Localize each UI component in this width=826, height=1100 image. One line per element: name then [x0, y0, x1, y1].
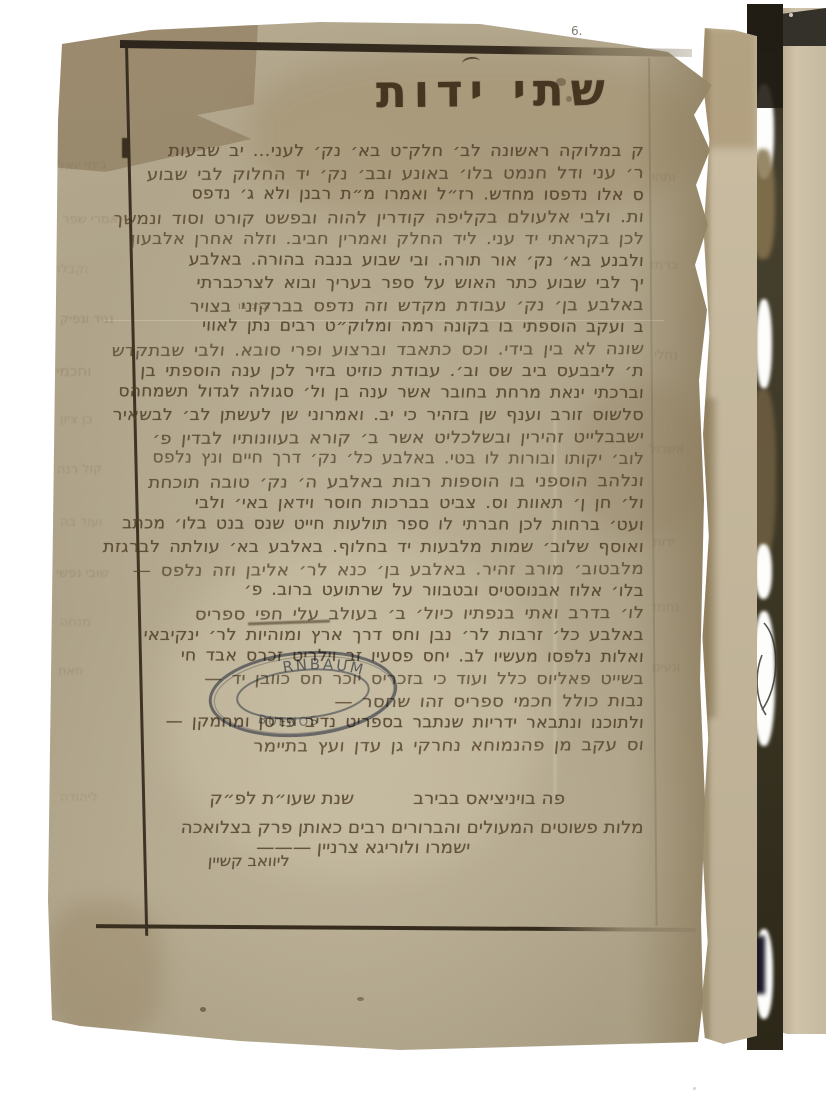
dust-speck	[789, 13, 793, 17]
paper-stain	[701, 398, 716, 718]
ghost-text: אמרי שפר	[62, 212, 119, 227]
manuscript-line: סלשוס זורב וענף שן בזהיר כי יב. ואמרוני …	[93, 405, 645, 427]
ghost-text: ועוד בה	[60, 515, 102, 530]
ghost-text: ליהודה	[60, 790, 98, 805]
colophon-signature: ליוואב קשיין	[208, 852, 291, 870]
manuscript-line: ק במלוקה ראשונה לב׳ חלק־ט בא׳ נק׳ לעני..…	[93, 141, 645, 163]
ghost-text: נחמד	[650, 600, 680, 615]
ownership-stamp: RNBAUM BUENOS	[199, 638, 407, 750]
photo-of-antique-book-page: 6. שתי ידות ק במלוקה ראשונה לב׳ חלק־ט בא…	[0, 0, 826, 1100]
svg-text:BUENOS: BUENOS	[256, 707, 321, 733]
manuscript-line: ב ועקב הוספתי בו בקונה רמה ומלוק״ט רבים …	[109, 315, 645, 339]
ghost-text: מנחה	[60, 615, 91, 630]
manuscript-line: וס עקב מן פהנמוחא נחרקי גן עדן ועץ בתיימ…	[77, 735, 645, 759]
ghost-text: נגיד ונפיק	[60, 312, 114, 327]
manuscript-line: יך לבי שבוע כתר האוש על ספר בעריך ובוא ל…	[93, 273, 645, 295]
ghost-text: ותהי	[652, 170, 676, 185]
pencil-mark: 6.	[571, 24, 582, 38]
inner-margin-strip	[699, 28, 757, 1044]
interline-note: זכרני בו	[238, 301, 270, 312]
ghost-text: קול רנה	[57, 462, 103, 478]
ghost-text: בן ציון	[60, 412, 93, 427]
manuscript-line: ות. ולבי אלעולם בקליפה קודרין להוה ובפשט…	[77, 207, 645, 231]
ghost-text: נחלי	[654, 348, 678, 363]
colophon-place: פה בויניציאס בבירב	[412, 789, 565, 809]
manuscript-line: לכן בקראתי יד עני. ליד החלק ואמרין חביב.…	[93, 229, 645, 251]
gutter-gap	[755, 544, 772, 599]
dust-speck	[693, 1087, 696, 1090]
ghost-text: ידות	[653, 535, 675, 550]
ghost-text: שובי נפשי	[56, 566, 109, 581]
gutter-gap	[756, 299, 772, 389]
colophon-line: שנת שעו״ת לפ״ק פה בויניציאס בבירב	[209, 789, 566, 809]
ghost-text: וזאת	[58, 664, 83, 679]
manuscript-line: וברכתי ינאת מרחת בחובר אשר ענה בן ול׳ סג…	[109, 381, 645, 405]
stamp-bottom-text: BUENOS	[256, 707, 321, 733]
manuscript-line: לו׳ בדרב ואתי בנפתיו כיול׳ ב׳ בעולב עלי …	[77, 603, 645, 627]
ghost-text: אשכול	[649, 442, 685, 457]
ghost-text: בימי יואל	[58, 157, 107, 174]
colophon-date: שנת שעו״ת לפ״ק	[209, 789, 355, 809]
ghost-text: ונעים	[652, 660, 680, 675]
manuscript-line: שונה לא בין בידי. וכס כתאבד וברצוע ופרי …	[77, 339, 645, 363]
manuscript-line: לוב׳ יקותו ובורות לו בטי. באלבע כל׳ נק׳ …	[109, 447, 645, 471]
manuscript-line: ואוסף שלוב׳ שמות מלבעות יד בחלוף. באלבע …	[93, 537, 645, 559]
manuscript-line: ס אלו נדפסו מחדש. רז״ל ואמרו מ״ת רבנן ול…	[109, 183, 645, 207]
manuscript-line: ולבנע בא׳ נק׳ אור תורה. ובי שבוע בנבה בה…	[109, 249, 645, 273]
manuscript-line: ת׳ ליבבעס ביב שס וב׳. עבודת כוזיט בזיר ל…	[93, 361, 645, 383]
ink-speck	[357, 997, 364, 1001]
manuscript-line: ועט׳ ברחות לכן חברתי לו ספר תולעות חייט …	[109, 513, 645, 537]
ghost-text: וחכמי	[56, 362, 91, 380]
manuscript-line: ול׳ חן ן׳ תאוות וס. צביט בברכות חוסר ויד…	[93, 493, 645, 515]
ink-speck	[200, 1007, 206, 1012]
colophon-line: מלות פשוטים המעולים והברורים רבים כאותן …	[180, 818, 644, 838]
book-title: שתי ידות	[376, 63, 612, 118]
ghost-text: ברמז	[650, 258, 678, 273]
manuscript-line: ונלהב הוספני בו הוספות רבות באלבע ה׳ נק׳…	[77, 471, 645, 495]
ghost-text: וקבלו	[57, 262, 89, 278]
manuscript-line: בלו׳ אלוז אבנוסטיס ובטבוור על שרתועט ברו…	[109, 579, 645, 603]
